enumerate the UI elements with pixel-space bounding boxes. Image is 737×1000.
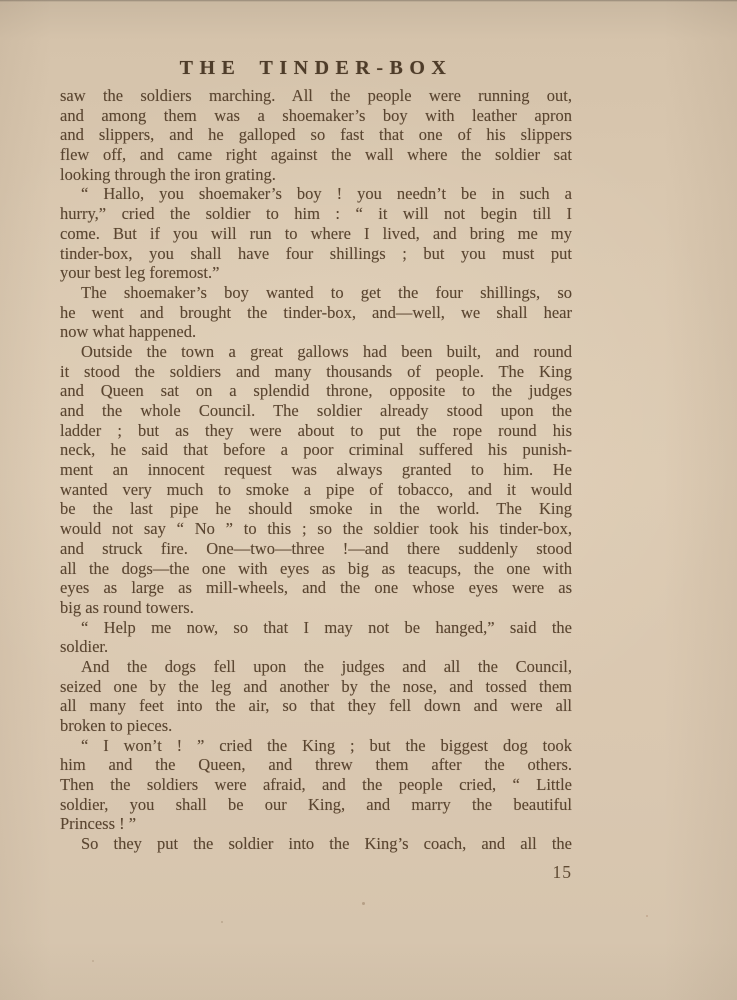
text-line: it stood the soldiers and many thousands… — [60, 362, 572, 382]
paper-speck — [221, 921, 223, 923]
page-title: THE TINDER-BOX — [60, 57, 572, 80]
text-line: tinder-box, you shall have four shilling… — [60, 244, 572, 264]
paper-speck — [646, 915, 648, 917]
text-line: and slippers, and he galloped so fast th… — [60, 125, 572, 145]
page-number: 15 — [60, 862, 572, 883]
text-line: looking through the iron grating. — [60, 165, 572, 185]
text-line: seized one by the leg and another by the… — [60, 677, 572, 697]
text-line: flew off, and came right against the wal… — [60, 145, 572, 165]
text-line: him and the Queen, and threw them after … — [60, 755, 572, 775]
text-line: neck, he said that before a poor crimina… — [60, 440, 572, 460]
text-line: soldier. — [60, 637, 572, 657]
text-line: soldier, you shall be our King, and marr… — [60, 795, 572, 815]
text-line: So they put the soldier into the King’s … — [60, 834, 572, 854]
text-line: and the whole Council. The soldier alrea… — [60, 401, 572, 421]
photo-top-edge — [0, 0, 737, 2]
text-line: Outside the town a great gallows had bee… — [60, 342, 572, 362]
text-line: “ I won’t ! ” cried the King ; but the b… — [60, 736, 572, 756]
text-line: would not say “ No ” to this ; so the so… — [60, 519, 572, 539]
text-line: come. But if you will run to where I liv… — [60, 224, 572, 244]
text-line: “ Hallo, you shoemaker’s boy ! you needn… — [60, 184, 572, 204]
body-text: saw the soldiers marching. All the peopl… — [60, 86, 572, 854]
text-line: and Queen sat on a splendid throne, oppo… — [60, 381, 572, 401]
paper-speck — [92, 960, 94, 962]
text-line: The shoemaker’s boy wanted to get the fo… — [60, 283, 572, 303]
text-line: Princess ! ” — [60, 814, 572, 834]
text-line: ladder ; but as they were about to put t… — [60, 421, 572, 441]
text-line: Then the soldiers were afraid, and the p… — [60, 775, 572, 795]
text-line: wanted very much to smoke a pipe of toba… — [60, 480, 572, 500]
text-line: he went and brought the tinder-box, and—… — [60, 303, 572, 323]
text-line: ment an innocent request was always gran… — [60, 460, 572, 480]
text-line: all many feet into the air, so that they… — [60, 696, 572, 716]
text-line: hurry,” cried the soldier to him : “ it … — [60, 204, 572, 224]
text-line: and struck fire. One—two—three !—and the… — [60, 539, 572, 559]
paper-speck — [362, 902, 365, 905]
text-line: big as round towers. — [60, 598, 572, 618]
text-line: and among them was a shoemaker’s boy wit… — [60, 106, 572, 126]
text-line: “ Help me now, so that I may not be hang… — [60, 618, 572, 638]
text-line: your best leg foremost.” — [60, 263, 572, 283]
text-line: now what happened. — [60, 322, 572, 342]
book-page: { "page": { "title": "THE TINDER-BOX", "… — [0, 0, 737, 1000]
text-line: be the last pipe he should smoke in the … — [60, 499, 572, 519]
text-line: And the dogs fell upon the judges and al… — [60, 657, 572, 677]
text-line: broken to pieces. — [60, 716, 572, 736]
text-line: all the dogs—the one with eyes as big as… — [60, 559, 572, 579]
text-line: eyes as large as mill-wheels, and the on… — [60, 578, 572, 598]
text-line: saw the soldiers marching. All the peopl… — [60, 86, 572, 106]
